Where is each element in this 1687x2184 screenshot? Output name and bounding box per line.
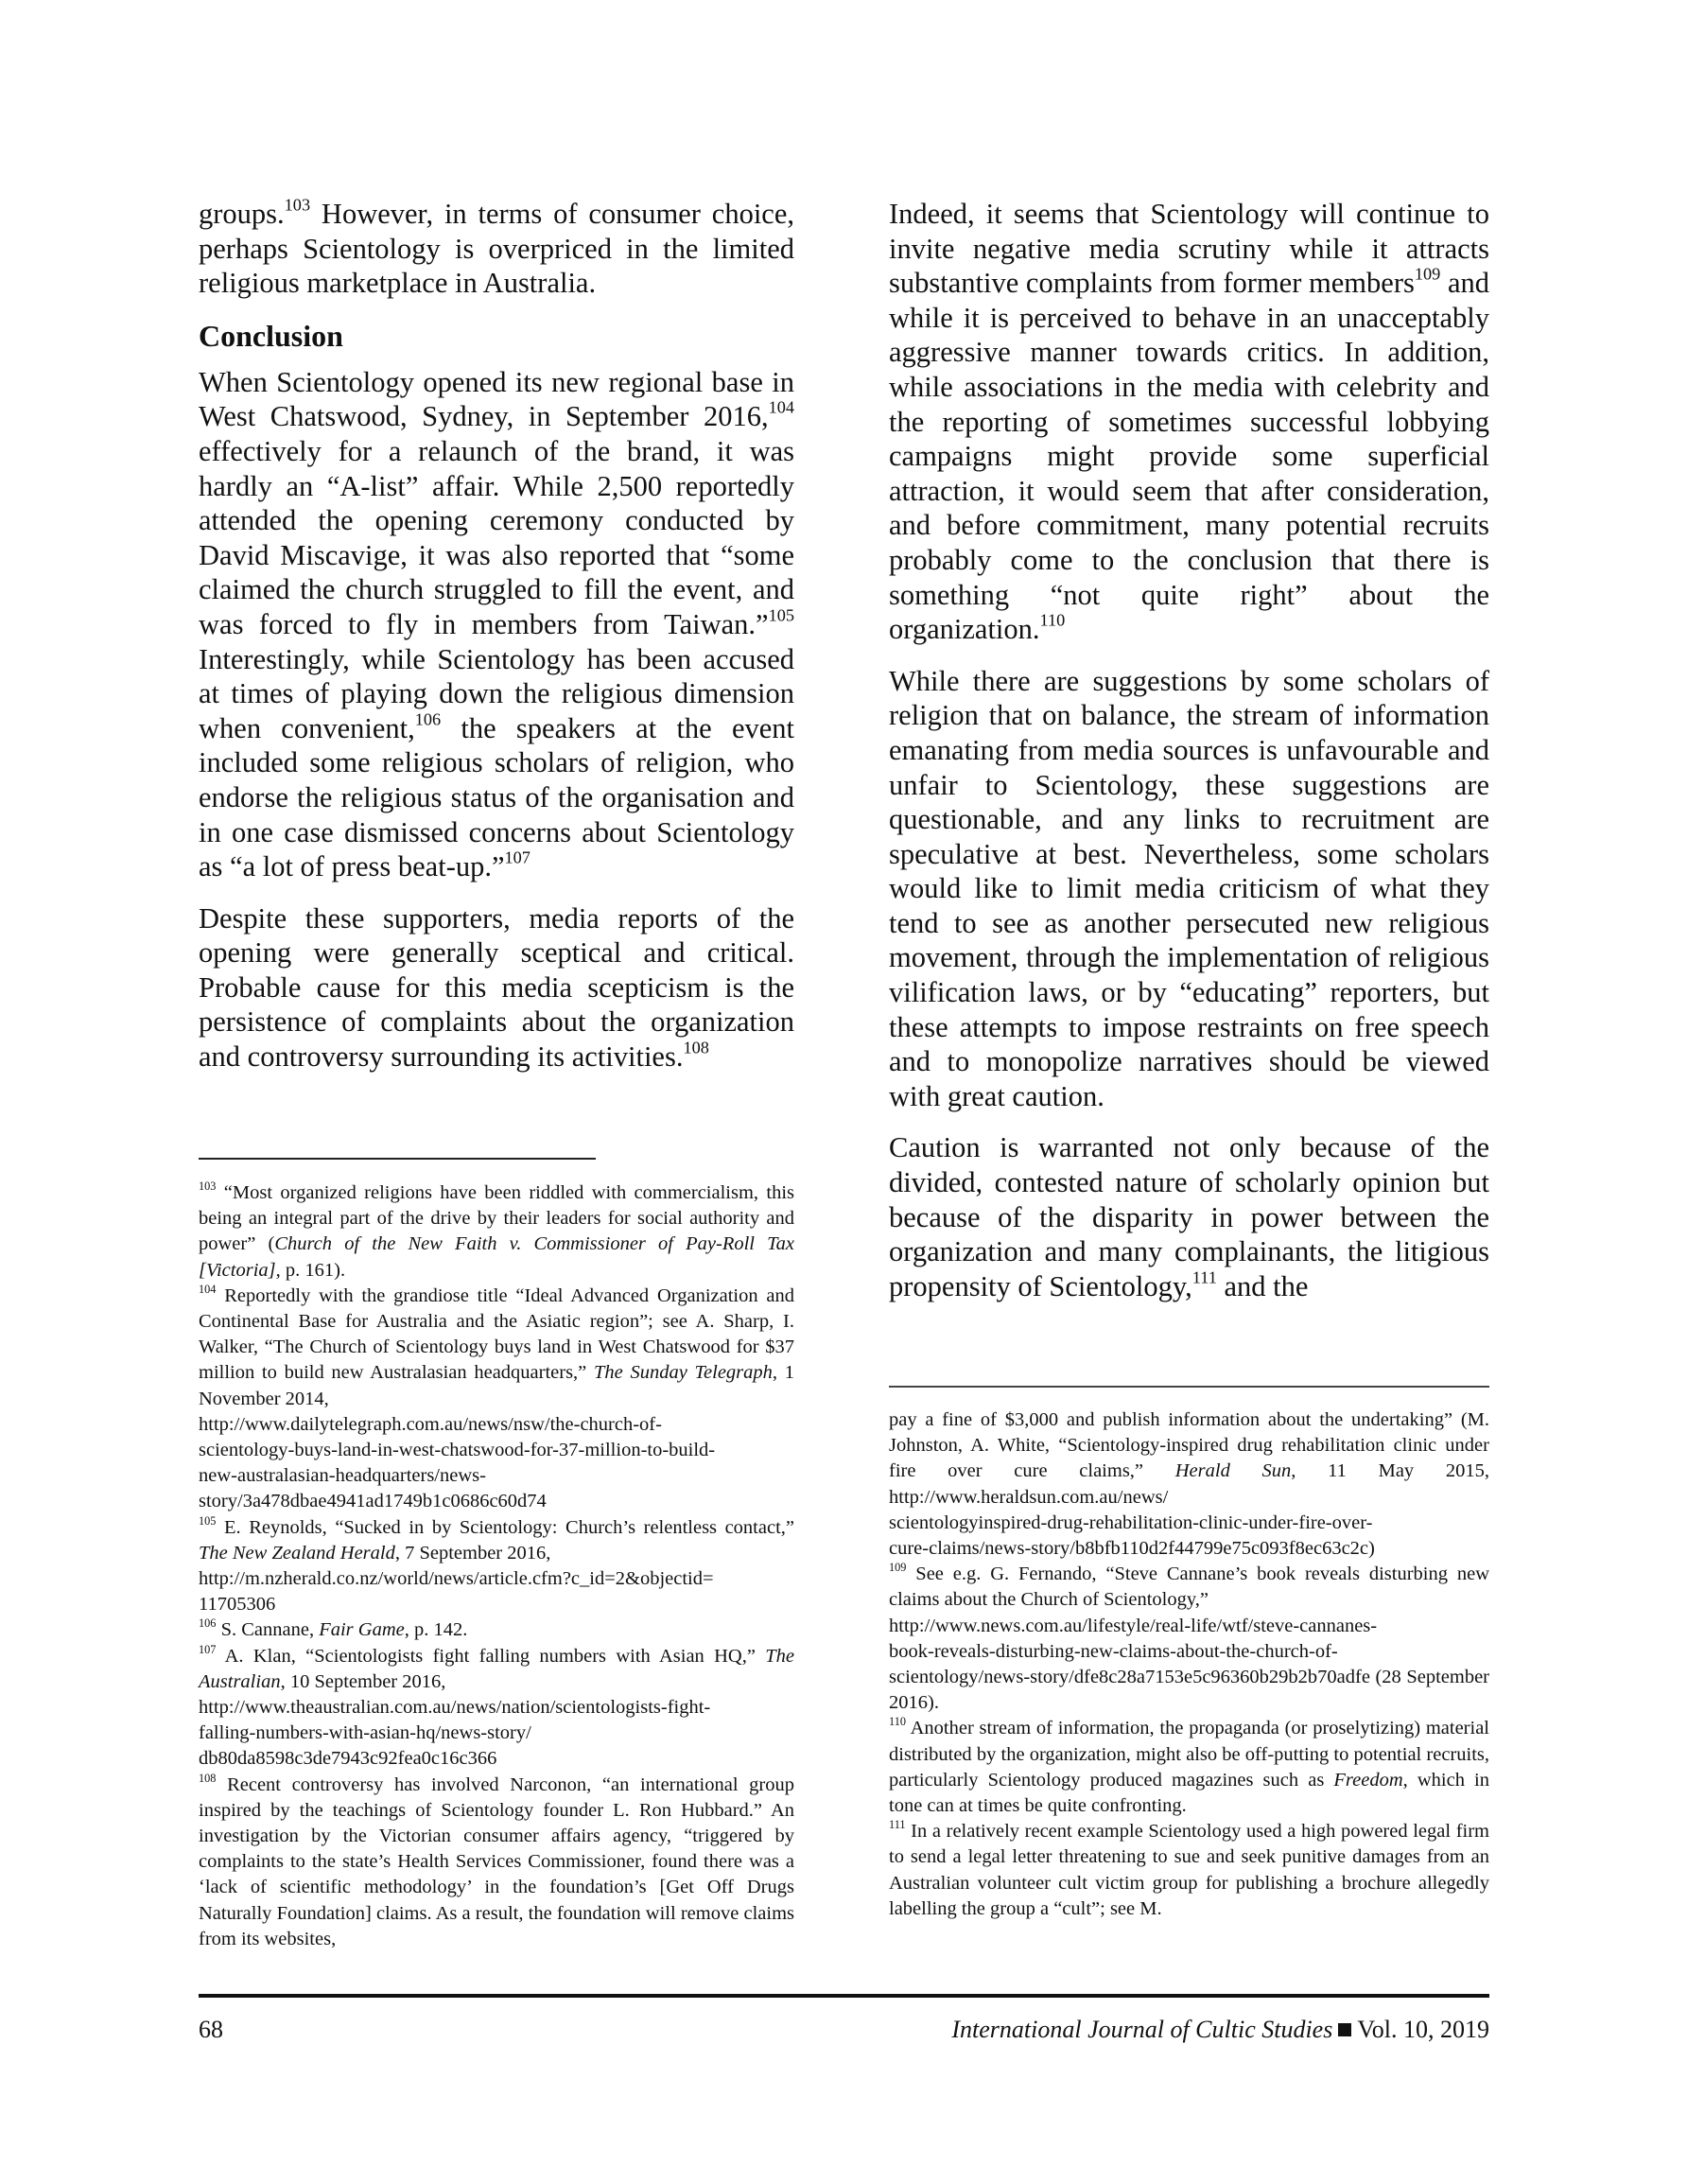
footnote-link[interactable]: new-australasian-headquarters/news- [199,1465,486,1486]
journal-title: International Journal of Cultic Studies [951,2016,1332,2043]
footnote-link[interactable]: scientology-buys-land-in-west-chatswood-… [199,1440,715,1460]
footnote-link[interactable]: 11705306 [199,1594,275,1615]
paragraph-caution: Caution is warranted not only because of… [889,1130,1489,1303]
footnote-105: 105 E. Reynolds, “Sucked in by Scientolo… [199,1515,794,1618]
footnote-link[interactable]: db80da8598c3de7943c92fea0c16c366 [199,1748,496,1769]
footnote-link[interactable]: http://www.news.com.au/lifestyle/real-li… [889,1616,1377,1636]
footnote-separator-left [199,1158,596,1160]
footnote-ref-108[interactable]: 108 [683,1038,708,1057]
footnote-link[interactable]: scientology/news-story/dfe8c28a7153e5c96… [889,1667,1489,1713]
footnote-108-continued: pay a fine of $3,000 and publish informa… [889,1407,1489,1562]
footnote-ref-106[interactable]: 106 [415,709,441,728]
footer-rule [199,1994,1489,1998]
footnote-106: 106 S. Cannane, Fair Game, p. 142. [199,1617,794,1643]
footnote-ref-104[interactable]: 104 [769,398,794,417]
section-heading-conclusion: Conclusion [199,318,794,354]
footnote-110: 110 Another stream of information, the p… [889,1716,1489,1819]
footnote-separator-right [889,1386,1489,1388]
footnote-ref-109[interactable]: 109 [1415,264,1440,283]
footnote-link[interactable]: falling-numbers-with-asian-hq/news-story… [199,1722,531,1743]
footnote-link[interactable]: scientologyinspired-drug-rehabilitation-… [889,1512,1372,1533]
paragraph-consumer-choice: groups.103 However, in terms of consumer… [199,197,794,301]
footnote-link[interactable]: story/3a478dbae4941ad1749b1c0686c60d74 [199,1491,547,1511]
footnote-103: 103 “Most organized religions have been … [199,1180,794,1284]
footnote-link[interactable]: cure-claims/news-story/b8bfb110d2f44799e… [889,1538,1375,1559]
page-number: 68 [199,2015,223,2045]
paragraph-media-scrutiny: Indeed, it seems that Scientology will c… [889,197,1489,647]
left-column: groups.103 However, in terms of consumer… [199,197,794,1092]
footnote-ref-107[interactable]: 107 [505,847,530,866]
paragraph-regional-base: When Scientology opened its new regional… [199,365,794,884]
footnote-ref-103[interactable]: 103 [285,195,310,214]
footnote-104: 104 Reportedly with the grandiose title … [199,1284,794,1515]
footnotes-right: pay a fine of $3,000 and publish informa… [889,1407,1489,1922]
footnote-link[interactable]: http://m.nzherald.co.nz/world/news/artic… [199,1568,714,1589]
footnote-ref-105[interactable]: 105 [769,605,794,624]
paragraph-scholars-suggestions: While there are suggestions by some scho… [889,664,1489,1114]
right-column: Indeed, it seems that Scientology will c… [889,197,1489,1320]
footnote-ref-110[interactable]: 110 [1040,610,1066,629]
footnote-ref-111[interactable]: 111 [1192,1267,1217,1286]
journal-volume: Vol. 10, 2019 [1357,2016,1489,2043]
footnote-link[interactable]: book-reveals-disturbing-new-claims-about… [889,1641,1338,1662]
footnote-107: 107 A. Klan, “Scientologists fight falli… [199,1644,794,1773]
footnote-link[interactable]: http://www.theaustralian.com.au/news/nat… [199,1697,710,1718]
journal-info: International Journal of Cultic StudiesV… [951,2015,1489,2045]
footnotes-left: 103 “Most organized religions have been … [199,1180,794,1952]
footnote-108: 108 Recent controversy has involved Narc… [199,1773,794,1952]
paragraph-media-reports: Despite these supporters, media reports … [199,901,794,1075]
footnote-111: 111 In a relatively recent example Scien… [889,1819,1489,1922]
footnote-109: 109 See e.g. G. Fernando, “Steve Cannane… [889,1562,1489,1716]
footnote-link[interactable]: http://www.dailytelegraph.com.au/news/ns… [199,1414,662,1435]
square-bullet-icon [1338,2023,1351,2036]
